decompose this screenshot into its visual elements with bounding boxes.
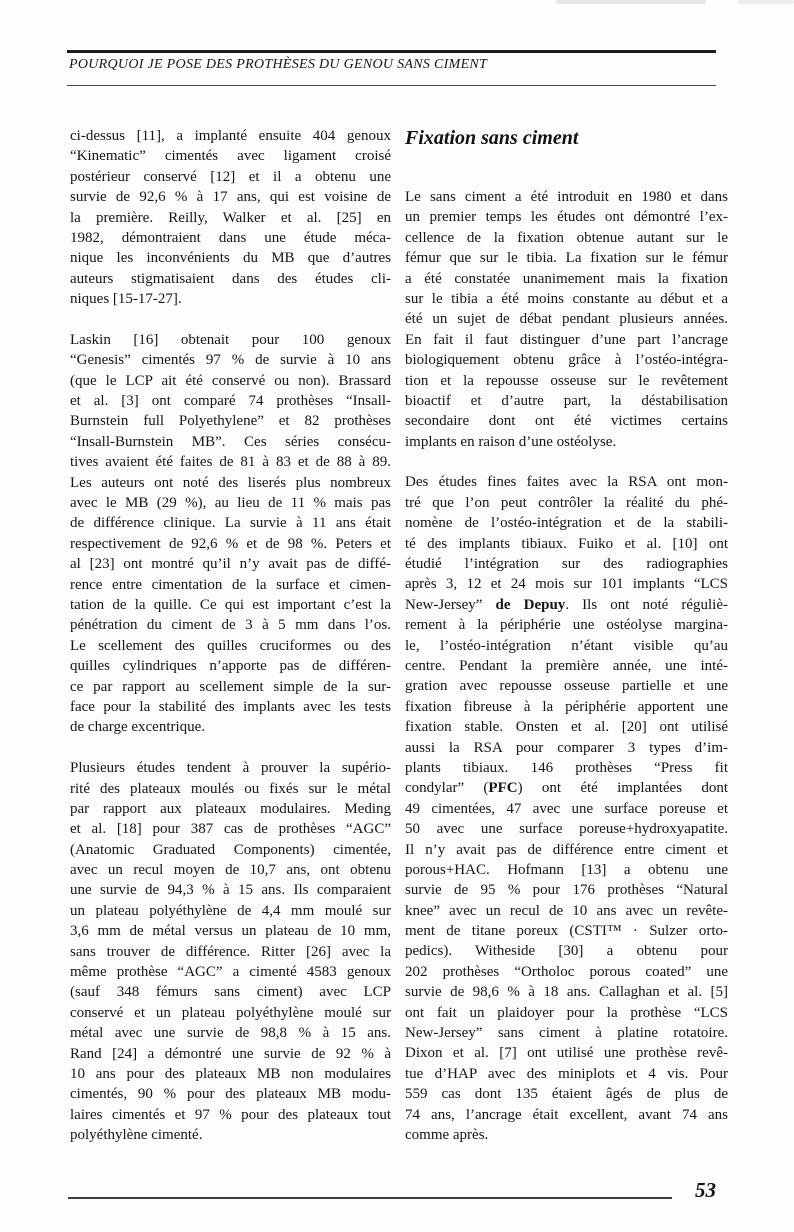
text-line: fémur que sur le tibia. La fixation sur … xyxy=(405,248,728,268)
text-line: auteurs stigmatisaient dans des études c… xyxy=(70,269,391,289)
text-line: par rapport aux plateaux modulaires. Med… xyxy=(70,799,391,819)
text-line: quilles cylindriques n’apporte pas de di… xyxy=(70,656,391,676)
scan-artifact xyxy=(556,0,706,4)
text-line: Dixon et al. [7] ont utilisé une prothès… xyxy=(405,1043,728,1063)
text-line: New-Jersey” de Depuy. Ils ont noté régul… xyxy=(405,595,728,615)
header-rule-top xyxy=(67,50,716,53)
right-column-text: Le sans ciment a été introduit en 1980 e… xyxy=(405,187,728,1145)
text-line: cellence de la fixation obtenue autant s… xyxy=(405,228,728,248)
text-line: même prothèse “AGC” a cimenté 4583 genou… xyxy=(70,962,391,982)
text-line: comme après. xyxy=(405,1125,728,1145)
text-line: survie de 92,6 % à 17 ans, qui est voisi… xyxy=(70,187,391,207)
text-line: niques [15-17-27]. xyxy=(70,289,391,309)
text-line: nomène de l’ostéo-intégration et de la s… xyxy=(405,513,728,533)
document-page: POURQUOI JE POSE DES PROTHÈSES DU GENOU … xyxy=(0,0,794,1232)
text-line: Il n’y avait pas de différence entre cim… xyxy=(405,840,728,860)
text-line: ci-dessus [11], a implanté ensuite 404 g… xyxy=(70,126,391,146)
text-line: implants en raison d’une ostéolyse. xyxy=(405,432,728,452)
right-column: Fixation sans ciment Le sans ciment a ét… xyxy=(405,126,728,1156)
text-line: centre. Pendant la première année, une i… xyxy=(405,656,728,676)
text-line: une survie de 94,3 % à 15 ans. Ils compa… xyxy=(70,880,391,900)
text-line: et al. [3] ont comparé 74 prothèses “Ins… xyxy=(70,391,391,411)
text-line: ment de titane poreux (CSTI™ · Sulzer or… xyxy=(405,921,728,941)
text-line: 50 avec une surface poreuse+hydroxyapati… xyxy=(405,819,728,839)
text-line: sans trouver de différence. Ritter [26] … xyxy=(70,942,391,962)
text-line: En fait il faut distinguer d’une part l’… xyxy=(405,330,728,350)
paragraph: Le sans ciment a été introduit en 1980 e… xyxy=(405,187,728,452)
footer-rule xyxy=(68,1197,672,1199)
text-line: de différence clinique. La survie à 11 a… xyxy=(70,513,391,533)
text-line: de charge excentrique. xyxy=(70,717,391,737)
text-line: knee” avec un recul de 10 ans avec un re… xyxy=(405,901,728,921)
text-line: Burnstein full Polyethylene” et 82 proth… xyxy=(70,411,391,431)
text-line: ont fait un plaidoyer pour la prothèse “… xyxy=(405,1003,728,1023)
text-line: survie de 95 % pour 176 prothèses “Natur… xyxy=(405,880,728,900)
text-line: tue d’HAP avec des miniplots et 4 vis. P… xyxy=(405,1064,728,1084)
text-line: polyéthylène cimenté. xyxy=(70,1125,391,1145)
text-line: condylar” (PFC) ont été implantées dont xyxy=(405,778,728,798)
text-line: postérieur conservé [12] et il a obtenu … xyxy=(70,167,391,187)
text-line: tré que l’on peut contrôler la réalité d… xyxy=(405,493,728,513)
paragraph: Laskin [16] obtenait pour 100 genoux“Gen… xyxy=(70,330,391,738)
text-line: pénétration du ciment de 3 à 5 mm dans l… xyxy=(70,615,391,635)
text-line: nique les inconvénients du MB que d’autr… xyxy=(70,248,391,268)
text-line: a été constatée unanimement mais la fixa… xyxy=(405,269,728,289)
text-line: fixation stable. Onsten et al. [20] ont … xyxy=(405,717,728,737)
text-line: “Genesis” cimentés 97 % de survie à 10 a… xyxy=(70,350,391,370)
text-line: porous+HAC. Hofmann [13] a obtenu une xyxy=(405,860,728,880)
text-line: 202 prothèses “Ortholoc porous coated” u… xyxy=(405,962,728,982)
text-line: tives avaient été faites de 81 à 83 et d… xyxy=(70,452,391,472)
text-line: “Kinematic” cimentés avec ligament crois… xyxy=(70,146,391,166)
text-line: laires cimentés et 97 % pour des plateau… xyxy=(70,1105,391,1125)
paragraph: ci-dessus [11], a implanté ensuite 404 g… xyxy=(70,126,391,310)
text-line: le, l’ostéo-intégration n’étant visible … xyxy=(405,636,728,656)
left-column: ci-dessus [11], a implanté ensuite 404 g… xyxy=(70,126,391,1156)
section-heading: Fixation sans ciment xyxy=(405,126,728,150)
text-line: tation de la quille. Ce qui est importan… xyxy=(70,595,391,615)
text-line: cimentés, 90 % pour des plateaux MB modu… xyxy=(70,1084,391,1104)
text-line: face pour la stabilité des implants avec… xyxy=(70,697,391,717)
text-line: New-Jersey” sans ciment à platine rotato… xyxy=(405,1023,728,1043)
running-head: POURQUOI JE POSE DES PROTHÈSES DU GENOU … xyxy=(69,57,487,73)
text-line: été un sujet de débat pendant plusieurs … xyxy=(405,309,728,329)
paragraph: Plusieurs études tendent à prouver la su… xyxy=(70,758,391,1145)
text-line: Le sans ciment a été introduit en 1980 e… xyxy=(405,187,728,207)
text-line: fixation fibreuse à la périphérie apport… xyxy=(405,697,728,717)
text-line: té des implants tibiaux. Fuiko et al. [1… xyxy=(405,534,728,554)
text-line: un premier temps les études ont démontré… xyxy=(405,207,728,227)
text-line: bioactif et d’autre part, la déstabilisa… xyxy=(405,391,728,411)
text-line: respectivement de 92,6 % et de 98 %. Pet… xyxy=(70,534,391,554)
text-line: étudié l’intégration sur des radiographi… xyxy=(405,554,728,574)
left-column-text: ci-dessus [11], a implanté ensuite 404 g… xyxy=(70,126,391,1146)
header-rule-bottom xyxy=(67,85,716,86)
text-line: rement à la périphérie une ostéolyse mar… xyxy=(405,615,728,635)
text-line: (Anatomic Graduated Components) cimentée… xyxy=(70,840,391,860)
text-line: 3,6 mm de métal versus un plateau de 10 … xyxy=(70,921,391,941)
text-line: secondaire dont ont été victimes certain… xyxy=(405,411,728,431)
text-line: 10 ans pour des plateaux MB non modulair… xyxy=(70,1064,391,1084)
text-line: 1982, démontraient dans une étude méca- xyxy=(70,228,391,248)
text-line: et al. [18] pour 387 cas de prothèses “A… xyxy=(70,819,391,839)
paragraph: Des études fines faites avec la RSA ont … xyxy=(405,472,728,1145)
text-line: 559 cas dont 135 étaient âgés de plus de xyxy=(405,1084,728,1104)
text-line: conservé et un plateau polyéthylène moul… xyxy=(70,1003,391,1023)
text-line: al [23] ont montré qu’il n’y avait pas d… xyxy=(70,554,391,574)
text-line: avec le MB (29 %), au lieu de 11 % mais … xyxy=(70,493,391,513)
text-line: tion et la repousse osseuse sur le revêt… xyxy=(405,371,728,391)
text-line: biologiquement obtenu grâce à l’ostéo-in… xyxy=(405,350,728,370)
text-line: pedics). Witheside [30] a obtenu pour xyxy=(405,941,728,961)
text-line: aussi la RSA pour comparer 3 types d’im- xyxy=(405,738,728,758)
text-line: ce par rapport au scellement simple de l… xyxy=(70,677,391,697)
text-line: gration avec repousse osseuse partielle … xyxy=(405,676,728,696)
text-line: survie de 98,6 % à 18 ans. Callaghan et … xyxy=(405,982,728,1002)
text-line: Laskin [16] obtenait pour 100 genoux xyxy=(70,330,391,350)
text-line: un plateau polyéthylène de 4,4 mm moulé … xyxy=(70,901,391,921)
text-line: Des études fines faites avec la RSA ont … xyxy=(405,472,728,492)
text-line: sur le tibia a été moins constante au dé… xyxy=(405,289,728,309)
text-line: Rand [24] a démontré une survie de 92 % … xyxy=(70,1044,391,1064)
text-line: rité des plateaux moulés ou fixés sur le… xyxy=(70,779,391,799)
page-number: 53 xyxy=(695,1178,716,1203)
text-line: rence entre cimentation de la surface et… xyxy=(70,575,391,595)
text-line: 49 cimentées, 47 avec une surface poreus… xyxy=(405,799,728,819)
text-line: Les auteurs ont noté des liserés plus no… xyxy=(70,473,391,493)
text-line: Le scellement des quilles cruciformes ou… xyxy=(70,636,391,656)
text-line: métal avec une survie de 98,8 % à 15 ans… xyxy=(70,1023,391,1043)
text-line: 74 ans, l’ancrage était excellent, avant… xyxy=(405,1105,728,1125)
scan-artifact xyxy=(738,0,794,4)
text-line: Plusieurs études tendent à prouver la su… xyxy=(70,758,391,778)
text-line: la première. Reilly, Walker et al. [25] … xyxy=(70,208,391,228)
text-line: après 3, 12 et 24 mois sur 101 implants … xyxy=(405,574,728,594)
text-line: (que le LCP ait été conservé ou non). Br… xyxy=(70,371,391,391)
text-line: plants tibiaux. 146 prothèses “Press fit xyxy=(405,758,728,778)
text-line: avec un recul moyen de 10,7 ans, ont obt… xyxy=(70,860,391,880)
text-line: “Insall-Burnstein MB”. Ces séries conséc… xyxy=(70,432,391,452)
text-line: (sauf 348 fémurs sans ciment) avec LCP xyxy=(70,982,391,1002)
